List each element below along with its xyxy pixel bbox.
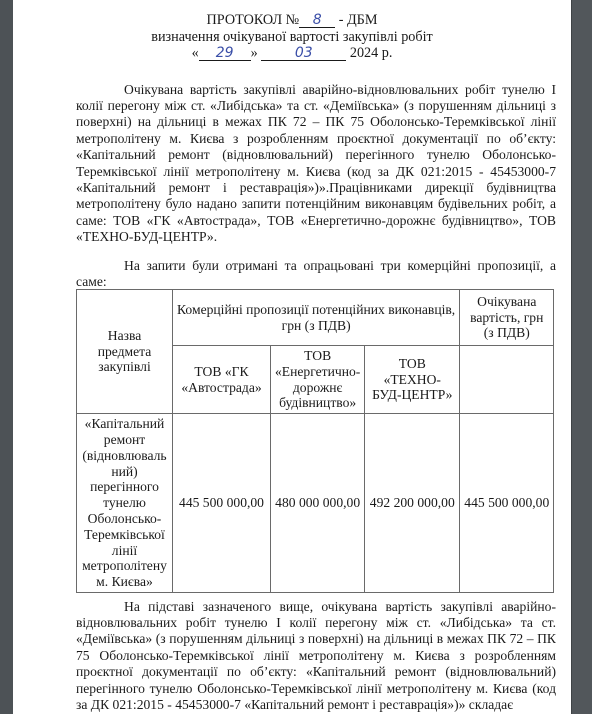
table-row: «Капітальний ремонт (відновлюваль ний) п… [77,414,554,593]
date-close-quote: » [251,45,258,61]
protocol-date: «29» 03 2024 р. [13,45,571,62]
table-header-row: Назва предмета закупівлі Комерційні проп… [77,290,554,346]
bidder-2: ТОВ «Енергетично-дорожнє будівництво» [271,346,365,414]
protocol-suffix: - ДБМ [335,12,377,28]
offers-table: Назва предмета закупівлі Комерційні проп… [76,289,554,593]
requests-paragraph: На запити були отримані та опрацьовані т… [76,258,556,291]
bidder-1: ТОВ «ГК «Автострада» [173,346,271,414]
date-year: 2024 р. [346,45,392,61]
document-page: ПРОТОКОЛ №8 - ДБМ визначення очікуваної … [13,0,571,714]
intro-paragraph: Очікувана вартість закупівлі аварійно-ві… [76,82,556,246]
protocol-header: ПРОТОКОЛ №8 - ДБМ визначення очікуваної … [13,12,571,62]
bidder-3: ТОВ «ТЕХНО-БУД-ЦЕНТР» [365,346,460,414]
header-expected-cost: Очікувана вартість, грн (з ПДВ) [460,290,554,346]
offer-1-cell: 445 500 000,00 [173,414,271,593]
offer-3-cell: 492 200 000,00 [365,414,460,593]
header-offers: Комерційні пропозиції потенційних викона… [173,290,460,346]
header-item-name: Назва предмета закупівлі [77,290,173,414]
protocol-number: 8 [299,13,335,28]
date-day: 29 [199,46,251,61]
protocol-subtitle: визначення очікуваної вартості закупівлі… [13,29,571,46]
date-open-quote: « [192,45,199,61]
bidder-empty-cell [460,346,554,414]
protocol-title: ПРОТОКОЛ №8 - ДБМ [13,12,571,29]
item-name-cell: «Капітальний ремонт (відновлюваль ний) п… [77,414,173,593]
conclusion-paragraph: На підставі зазначеного вище, очікувана … [76,599,556,714]
offer-2-cell: 480 000 000,00 [271,414,365,593]
date-month: 03 [261,46,346,61]
viewer-right-margin [571,0,592,714]
protocol-prefix: ПРОТОКОЛ № [207,12,300,28]
expected-cost-cell: 445 500 000,00 [460,414,554,593]
